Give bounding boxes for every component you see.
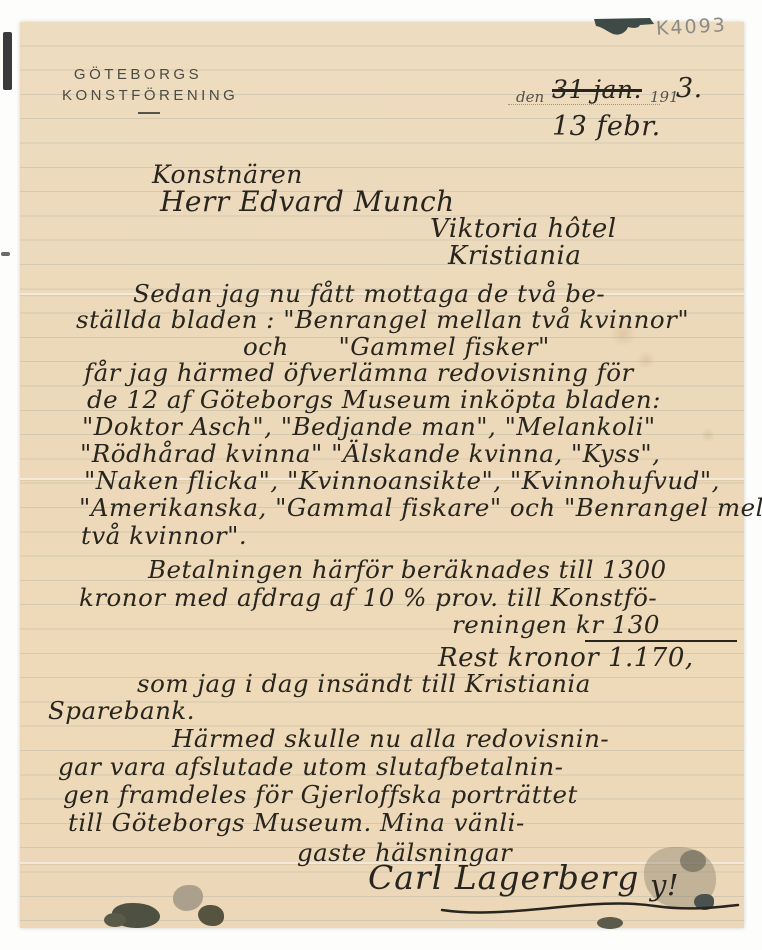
body-line: kronor med afdrag af 10 % prov. till Kon… [79,585,657,612]
body-line: två kvinnor". [81,523,247,550]
body-line: gen framdeles för Gjerloffska porträttet [63,782,578,809]
date-printed-year: 191 [650,88,679,106]
scanned-letter-page: K4093 GÖTEBORGS KONSTFÖRENING den 31 jan… [0,0,762,950]
foxing-spot [636,352,656,368]
ink-blot [592,17,658,49]
scan-edge-dash [1,252,10,256]
date-year-digit: 3. [676,74,703,104]
letterhead-line1: GÖTEBORGS [62,64,214,85]
foxing-spot [700,428,716,442]
subtraction-rule [585,640,737,642]
letterhead: GÖTEBORGS KONSTFÖRENING [62,64,214,106]
signature-flourish [440,894,740,924]
body-line: ställda bladen : "Benrangel mellan två k… [76,307,689,334]
body-line: gar vara afslutade utom slutafbetalnin- [58,754,563,781]
body-line: Sedan jag nu fått mottaga de två be- [133,281,605,308]
letterhead-dash [138,112,160,114]
recipient-address: Viktoria hôtel [430,215,617,244]
body-line: Sparebank. [48,698,195,725]
body-line: de 12 af Göteborgs Museum inköpta bladen… [87,387,661,414]
signature: Carl Lagerberg [368,860,639,896]
catalog-number: K4093 [655,14,727,40]
ink-smudge [104,913,126,927]
body-line: "Amerikanska, "Gammal fiskare" och "Benr… [79,495,762,522]
body-line: får jag härmed öfverlämna redovisning fö… [84,360,634,387]
ink-smudge [198,905,224,926]
body-line: reningen kr 130 [452,612,660,639]
body-line: "Naken flicka", "Kvinnoansikte", "Kvinno… [84,468,720,495]
date-revised: 13 febr. [552,112,661,142]
body-line: och "Gammel fisker" [243,334,550,361]
body-line: Härmed skulle nu alla redovisnin- [172,726,609,753]
date-dotted-line [508,104,660,105]
scan-edge-mark [3,32,12,90]
body-line: "Doktor Asch", "Bedjande man", "Melankol… [82,414,656,441]
body-line: till Göteborgs Museum. Mina vänli- [68,810,525,837]
recipient-city: Kristiania [448,242,581,271]
letterhead-line2: KONSTFÖRENING [62,85,214,106]
date-struck-text: 31 jan. [552,76,642,104]
body-line: som jag i dag insändt till Kristiania [137,671,591,698]
body-line: "Rödhårad kvinna" "Älskande kvinna, "Kys… [80,441,660,468]
stain [680,850,706,872]
body-line: Betalningen härför beräknades till 1300 [148,557,667,584]
recipient-name: Herr Edvard Munch [160,187,455,218]
